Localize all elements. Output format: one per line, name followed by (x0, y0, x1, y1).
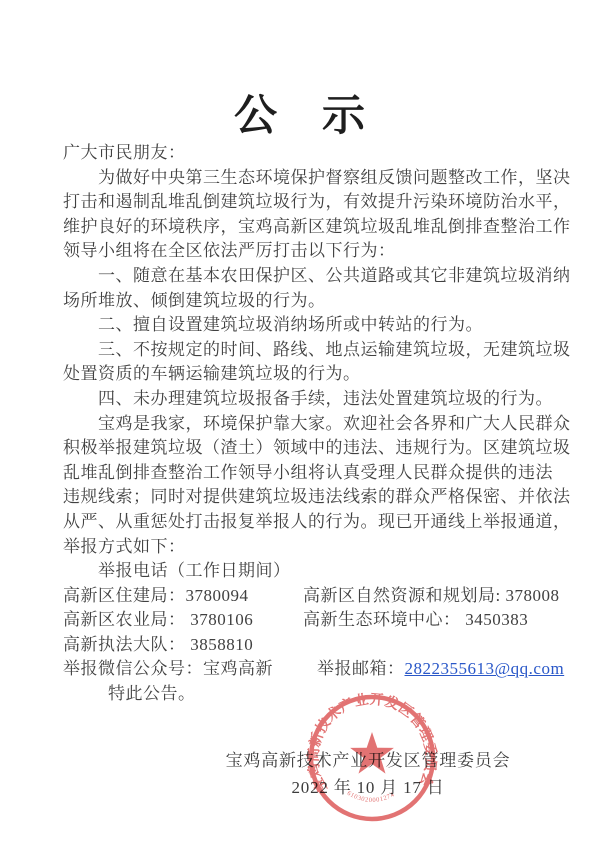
list-item-3-cont: 处置资质的车辆运输建筑垃圾的行为。 (63, 362, 553, 387)
contact-row: 高新区住建局：3780094 高新区自然资源和规划局: 378008 (63, 584, 553, 609)
salutation: 广大市民朋友： (63, 141, 553, 166)
contact-row: 高新区农业局： 3780106 高新生态环境中心： 3450383 (63, 608, 553, 633)
list-item-3: 三、不按规定的时间、路线、地点运输建筑垃圾，无建筑垃圾 (63, 338, 553, 363)
phone-shengtai: 高新生态环境中心： 3450383 (303, 608, 528, 633)
closing-statement: 特此公告。 (63, 682, 553, 707)
email-link[interactable]: 2822355613@qq.com (405, 659, 565, 678)
hotline-heading: 举报电话（工作日期间） (63, 559, 553, 584)
body-line: 维护良好的环境秩序，宝鸡高新区建筑垃圾乱堆乱倒排查整治工作 (63, 215, 553, 240)
notice-body: 广大市民朋友： 为做好中央第三生态环境保护督察组反馈问题整改工作，坚决 打击和遏… (63, 141, 553, 707)
body-line: 宝鸡是我家，环境保护靠大家。欢迎社会各界和广大人民群众 (63, 412, 553, 437)
issue-date: 2022 年 10 月 17 日 (203, 775, 533, 802)
body-line: 从严、从重惩处打击报复举报人的行为。现已开通线上举报通道， (63, 510, 553, 535)
body-line: 举报方式如下： (63, 535, 553, 560)
contact-row: 高新执法大队： 3858810 (63, 633, 553, 658)
report-email: 举报邮箱：2822355613@qq.com (317, 657, 564, 682)
phone-ziranziyuan: 高新区自然资源和规划局: 378008 (303, 584, 559, 609)
phone-nongyeju: 高新区农业局： 3780106 (63, 608, 303, 633)
body-line: 打击和遏制乱堆乱倒建筑垃圾行为，有效提升污染环境防治水平， (63, 190, 553, 215)
body-line: 为做好中央第三生态环境保护督察组反馈问题整改工作，坚决 (63, 166, 553, 191)
phone-zhifadadui: 高新执法大队： 3858810 (63, 633, 303, 658)
body-line: 领导小组将在全区依法严厉打击以下行为： (63, 239, 553, 264)
list-item-1: 一、随意在基本农田保护区、公共道路或其它非建筑垃圾消纳 (63, 264, 553, 289)
list-item-2: 二、擅自设置建筑垃圾消纳场所或中转站的行为。 (63, 313, 553, 338)
notice-title: 公 示 (0, 82, 600, 143)
wechat-account: 举报微信公众号：宝鸡高新 (63, 657, 303, 682)
body-line: 违规线索；同时对提供建筑垃圾违法线索的群众严格保密、并依法 (63, 485, 553, 510)
issuing-organization: 宝鸡高新技术产业开发区管理委员会 (203, 748, 533, 775)
body-line: 积极举报建筑垃圾（渣土）领域中的违法、违规行为。区建筑垃圾 (63, 436, 553, 461)
email-label: 举报邮箱： (317, 659, 405, 678)
contact-row: 举报微信公众号：宝鸡高新 举报邮箱：2822355613@qq.com (63, 657, 553, 682)
signature-block: 宝鸡高新技术产业开发区管理委员会 2022 年 10 月 17 日 (203, 748, 533, 801)
list-item-4: 四、未办理建筑垃圾报备手续，违法处置建筑垃圾的行为。 (63, 387, 553, 412)
phone-zhujianju: 高新区住建局：3780094 (63, 584, 303, 609)
body-line: 乱堆乱倒排查整治工作领导小组将认真受理人民群众提供的违法 (63, 461, 553, 486)
notice-page: 公 示 广大市民朋友： 为做好中央第三生态环境保护督察组反馈问题整改工作，坚决 … (0, 0, 600, 848)
list-item-1-cont: 场所堆放、倾倒建筑垃圾的行为。 (63, 289, 553, 314)
